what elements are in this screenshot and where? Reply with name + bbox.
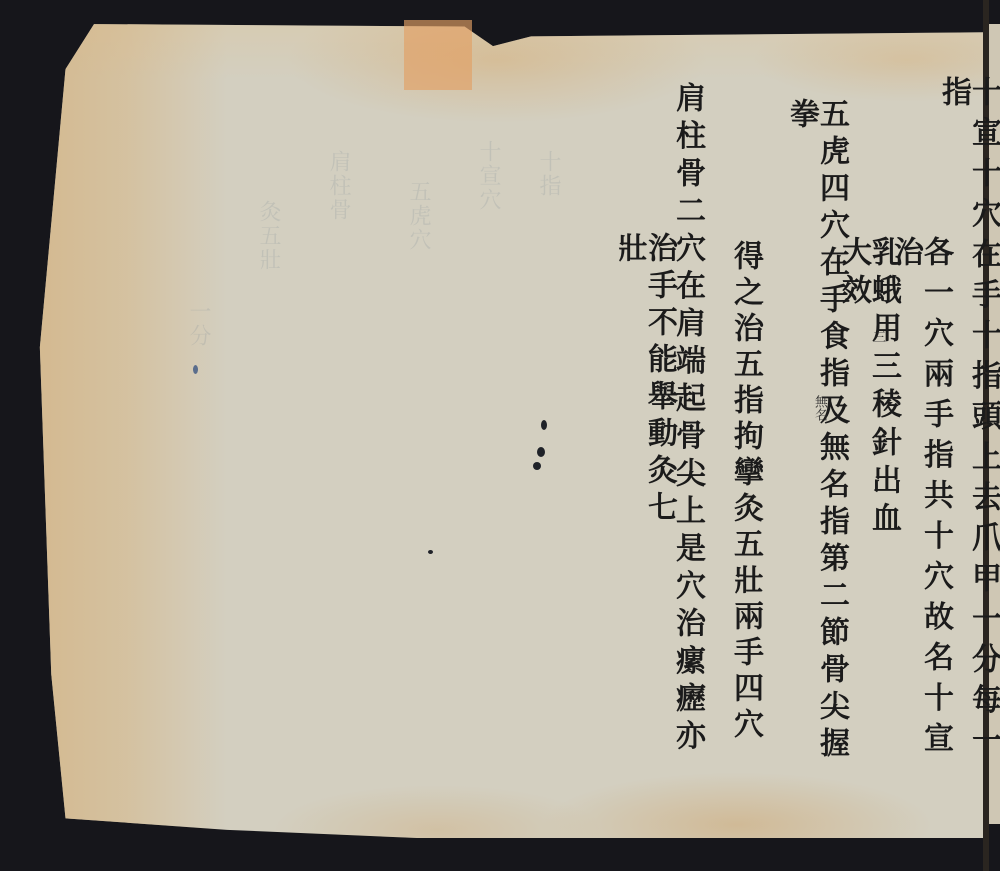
text-column-5: 得之治五指拘攣灸五壯兩手四穴 — [730, 240, 760, 780]
ink-spot — [541, 420, 547, 430]
text-column-7: 治手不能舉動灸七壯 — [614, 232, 674, 562]
bleed-through-text: 五虎穴 — [400, 180, 436, 700]
ink-spot — [428, 550, 433, 554]
ink-spot — [533, 462, 541, 470]
ink-spot — [193, 365, 198, 374]
bleed-through-text: 十指 — [530, 150, 566, 710]
text-column-4: 五虎四穴在手食指及無名指第二節骨尖握拳 — [786, 98, 846, 778]
margin-annotation: 無名 — [810, 395, 829, 421]
bleed-through-text: 灸五壯 — [250, 200, 286, 720]
bleed-through-text: 一分 — [180, 300, 216, 720]
paper-tab-stain — [404, 20, 472, 90]
ink-spot — [537, 447, 545, 457]
bleed-through-text: 肩柱骨 — [320, 150, 356, 710]
margin-annotation: 三 — [868, 330, 887, 343]
bleed-through-text: 十宣穴 — [470, 140, 506, 700]
